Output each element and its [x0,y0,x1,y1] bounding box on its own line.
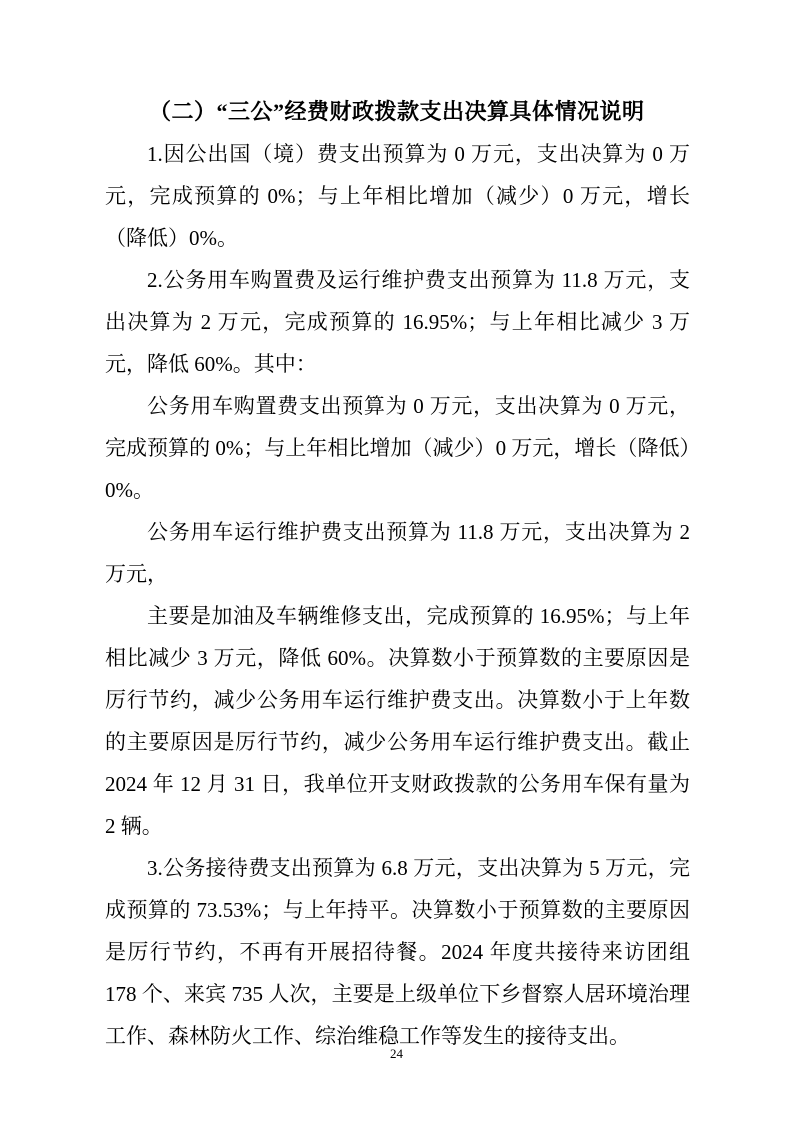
document-page: （二）“三公”经费财政拨款支出决算具体情况说明 1.因公出国（境）费支出预算为 … [0,0,793,1122]
paragraph-vehicle-maintenance: 公务用车运行维护费支出预算为 11.8 万元，支出决算为 2 万元， [105,511,690,595]
page-number: 24 [0,1046,793,1062]
paragraph-vehicle-maintenance-detail: 主要是加油及车辆维修支出，完成预算的 16.95%；与上年相比减少 3 万元，降… [105,595,690,847]
paragraph-vehicle-total: 2.公务用车购置费及运行维护费支出预算为 11.8 万元，支出决算为 2 万元，… [105,259,690,385]
section-heading: （二）“三公”经费财政拨款支出决算具体情况说明 [105,91,690,133]
paragraph-official-reception: 3.公务接待费支出预算为 6.8 万元，支出决算为 5 万元，完成预算的 73.… [105,847,690,1057]
paragraph-vehicle-purchase: 公务用车购置费支出预算为 0 万元，支出决算为 0 万元，完成预算的 0%；与上… [105,385,690,511]
paragraph-overseas-travel: 1.因公出国（境）费支出预算为 0 万元，支出决算为 0 万元，完成预算的 0%… [105,133,690,259]
